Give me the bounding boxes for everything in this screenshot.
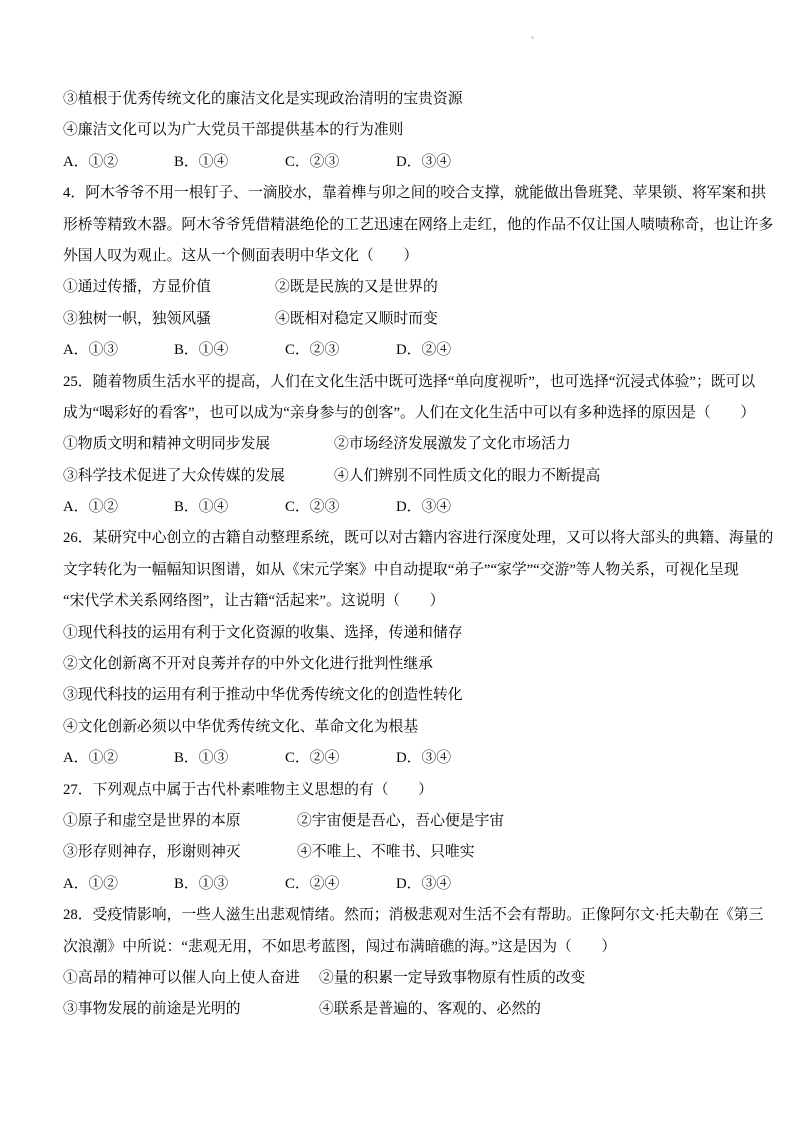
statement-row: ①原子和虚空是世界的本原②宇宙便是吾心，吾心便是宇宙	[63, 806, 763, 837]
question-28-stem-line: 28．受疫情影响，一些人滋生出悲观情绪。然而；消极悲观对生活不会有帮助。正像阿尔…	[63, 900, 763, 931]
answer-choice-c: C．②③	[285, 492, 396, 523]
answer-choice-a: A．①②	[63, 869, 174, 900]
question-4-stem-line: 形桥等精致木器。阿木爷爷凭借精湛绝伦的工艺迅速在网络上走红，他的作品不仅让国人啧…	[63, 210, 763, 241]
answer-choice-b: B．①③	[174, 743, 285, 774]
statement-row: ③科学技术促进了大众传媒的发展④人们辨别不同性质文化的眼力不断提高	[63, 461, 763, 492]
exam-document-page: { "document": { "background_color": "#ff…	[0, 0, 793, 1122]
answer-choices-row: A．①②B．①④C．②③D．③④	[63, 492, 763, 523]
question-option-statement: ④联系是普遍的、客观的、必然的	[319, 994, 541, 1025]
question-option-statement: ①原子和虚空是世界的本原	[63, 806, 297, 837]
question-option-statement: ④不唯上、不唯书、只唯实	[297, 837, 475, 868]
question-option-statement: ①现代科技的运用有利于文化资源的收集、选择，传递和储存	[63, 618, 763, 649]
exam-body: ③植根于优秀传统文化的廉洁文化是实现政治清明的宝贵资源 ④廉洁文化可以为广大党员…	[63, 84, 763, 1026]
question-option-statement: ②文化创新离不开对良莠并存的中外文化进行批判性继承	[63, 649, 763, 680]
question-option-statement: ④廉洁文化可以为广大党员干部提供基本的行为准则	[63, 115, 763, 146]
answer-choice-c: C．②④	[285, 869, 396, 900]
answer-choices-row: A．①③B．①④C．②③D．②④	[63, 335, 763, 366]
answer-choice-a: A．①②	[63, 492, 174, 523]
statement-row: ①物质文明和精神文明同步发展②市场经济发展激发了文化市场活力	[63, 429, 763, 460]
answer-choice-d: D．③④	[396, 743, 451, 774]
question-option-statement: ③植根于优秀传统文化的廉洁文化是实现政治清明的宝贵资源	[63, 84, 763, 115]
statement-row: ①高昂的精神可以催人向上使人奋进②量的积累一定导致事物原有性质的改变	[63, 963, 763, 994]
question-option-statement: ③独树一帜，独领风骚	[63, 304, 275, 335]
question-option-statement: ②宇宙便是吾心，吾心便是宇宙	[297, 806, 504, 837]
question-27-stem-line: 27．下列观点中属于古代朴素唯物主义思想的有（ ）	[63, 775, 763, 806]
question-4-stem-line: 外国人叹为观止。这从一个侧面表明中华文化（ ）	[63, 241, 763, 272]
answer-choice-b: B．①④	[174, 147, 285, 178]
question-option-statement: ④既相对稳定又顺时而变	[275, 304, 438, 335]
question-option-statement: ③科学技术促进了大众传媒的发展	[63, 461, 334, 492]
statement-row: ③独树一帜，独领风骚④既相对稳定又顺时而变	[63, 304, 763, 335]
answer-choice-a: A．①③	[63, 335, 174, 366]
question-25-stem-line: 25．随着物质生活水平的提高，人们在文化生活中既可选择“单向度视听”，也可选择“…	[63, 367, 763, 398]
answer-choices-row: A．①②B．①③C．②④D．③④	[63, 869, 763, 900]
question-option-statement: ④人们辨别不同性质文化的眼力不断提高	[334, 461, 600, 492]
question-option-statement: ③形存则神存，形谢则神灭	[63, 837, 297, 868]
question-28-stem-line: 次浪潮》中所说：“悲观无用，不如思考蓝图，闯过布满暗礁的海。”这是因为（ ）	[63, 932, 763, 963]
question-26-stem-line: “宋代学术关系网络图”，让古籍“活起来”。这说明（ ）	[63, 586, 763, 617]
answer-choice-d: D．③④	[396, 147, 451, 178]
question-option-statement: ②市场经济发展激发了文化市场活力	[334, 429, 571, 460]
question-4-stem-line: 4．阿木爷爷不用一根钉子、一滴胶水，靠着榫与卯之间的咬合支撑，就能做出鲁班凳、苹…	[63, 178, 763, 209]
question-option-statement: ③事物发展的前途是光明的	[63, 994, 319, 1025]
question-26-stem-line: 文字转化为一幅幅知识图谱，如从《宋元学案》中自动提取“弟子”“家学”“交游”等人…	[63, 555, 763, 586]
answer-choice-c: C．②④	[285, 743, 396, 774]
answer-choice-c: C．②③	[285, 335, 396, 366]
answer-choice-c: C．②③	[285, 147, 396, 178]
answer-choice-b: B．①④	[174, 492, 285, 523]
question-option-statement: ②既是民族的又是世界的	[275, 272, 438, 303]
answer-choice-a: A．①②	[63, 743, 174, 774]
statement-row: ①通过传播，方显价值②既是民族的又是世界的	[63, 272, 763, 303]
question-option-statement: ④文化创新必须以中华优秀传统文化、革命文化为根基	[63, 712, 763, 743]
answer-choice-d: D．②④	[396, 335, 451, 366]
question-option-statement: ①通过传播，方显价值	[63, 272, 275, 303]
answer-choice-b: B．①③	[174, 869, 285, 900]
answer-choices-row: A．①②B．①④C．②③D．③④	[63, 147, 763, 178]
answer-choice-b: B．①④	[174, 335, 285, 366]
statement-row: ③事物发展的前途是光明的④联系是普遍的、客观的、必然的	[63, 994, 763, 1025]
question-option-statement: ③现代科技的运用有利于推动中华优秀传统文化的创造性转化	[63, 680, 763, 711]
answer-choice-d: D．③④	[396, 492, 451, 523]
answer-choice-a: A．①②	[63, 147, 174, 178]
statement-row: ③形存则神存，形谢则神灭④不唯上、不唯书、只唯实	[63, 837, 763, 868]
answer-choice-d: D．③④	[396, 869, 451, 900]
question-option-statement: ①高昂的精神可以催人向上使人奋进	[63, 963, 319, 994]
question-option-statement: ②量的积累一定导致事物原有性质的改变	[319, 963, 585, 994]
answer-choices-row: A．①②B．①③C．②④D．③④	[63, 743, 763, 774]
question-option-statement: ①物质文明和精神文明同步发展	[63, 429, 334, 460]
question-25-stem-line: 成为“喝彩好的看客”，也可以成为“亲身参与的创客”。人们在文化生活中可以有多种选…	[63, 398, 763, 429]
scan-artifact-dot	[531, 36, 534, 39]
question-26-stem-line: 26．某研究中心创立的古籍自动整理系统，既可以对古籍内容进行深度处理，又可以将大…	[63, 523, 763, 554]
